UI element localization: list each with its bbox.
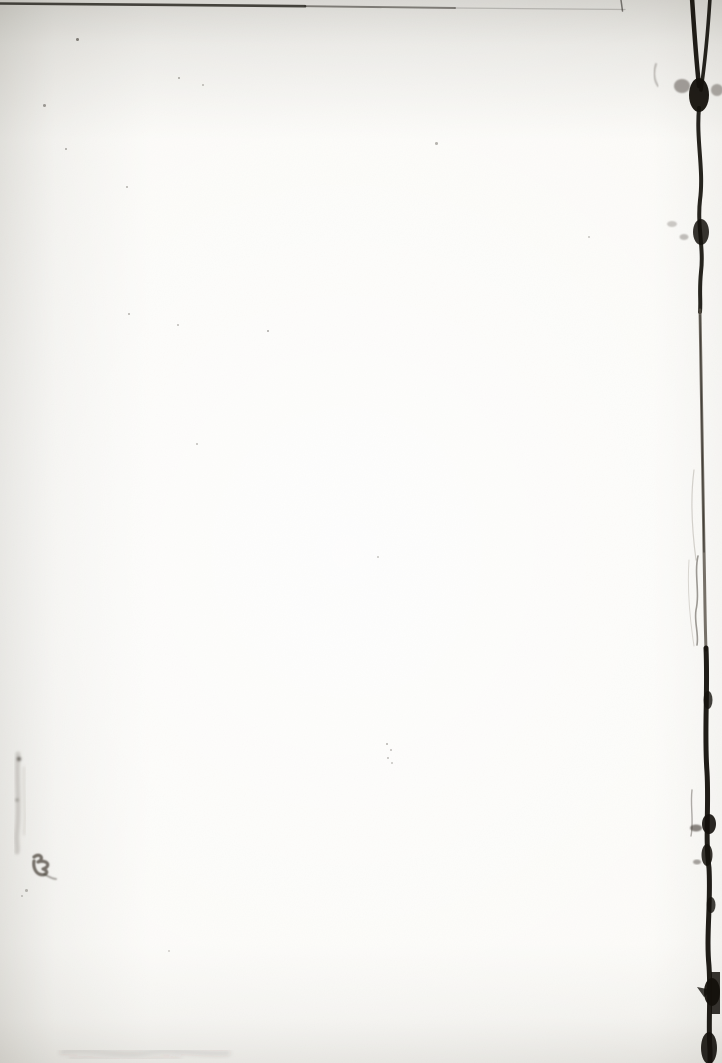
- paper-background: [0, 0, 722, 1063]
- scanned-page: [0, 0, 722, 1063]
